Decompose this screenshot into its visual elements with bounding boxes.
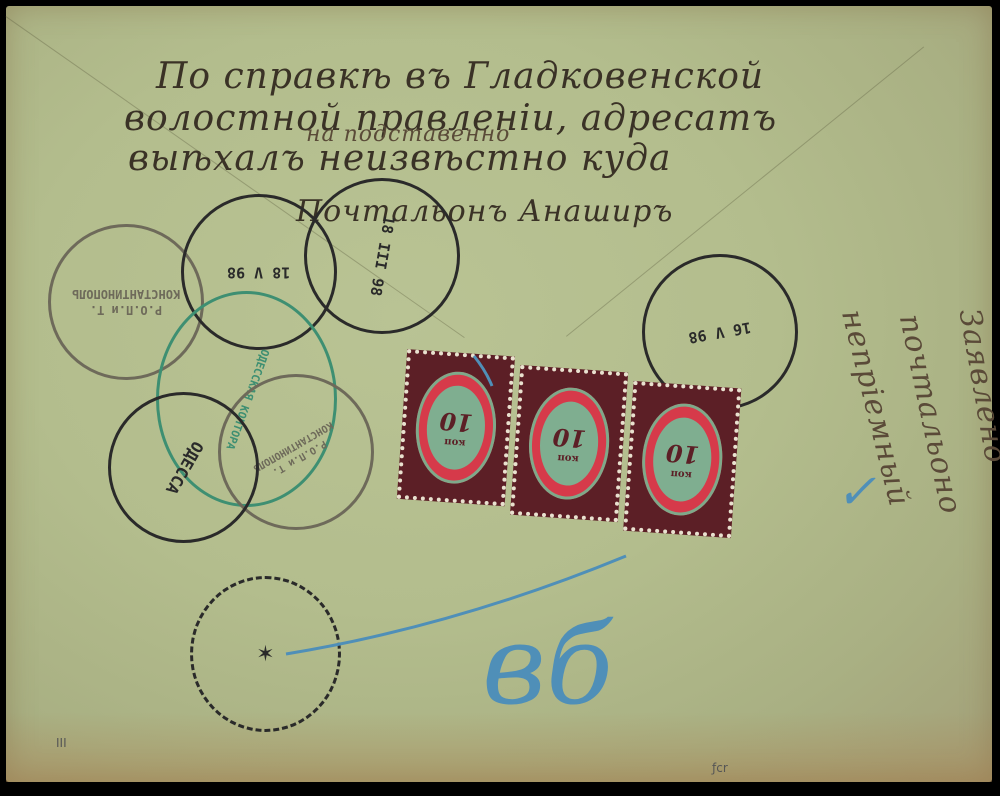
blue-check-mark: ✓ [836,464,876,520]
pencil-note-left: III [56,736,67,750]
pencil-note-right: ƒcr [712,761,728,775]
envelope-back: По справкѣ въ Гладковенской волостной пр… [6,6,992,782]
blue-crayon-mark: вб [482,601,613,729]
